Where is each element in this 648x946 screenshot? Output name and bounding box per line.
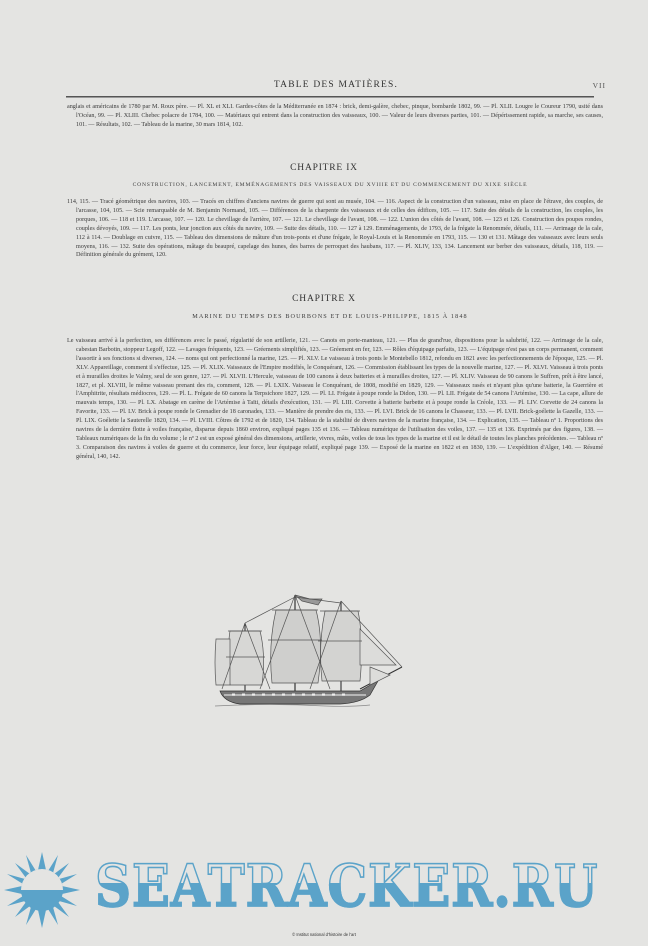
sailing-ship-engraving-icon <box>210 585 410 717</box>
chapter-9-title: CHAPITRE IX <box>0 163 648 173</box>
chapter-9-body: 114, 115. — Tracé géométrique des navire… <box>67 198 603 260</box>
header-rule <box>66 96 594 98</box>
sun-rising-icon <box>2 850 82 930</box>
copyright-credit: © Institut national d'histoire de l'art <box>0 932 648 937</box>
watermark-text: SEATRACKER.RU <box>95 846 598 926</box>
chapter-9-subtitle: Construction, lancement, emménagements d… <box>40 182 620 188</box>
chapter-10-title: CHAPITRE X <box>0 294 648 304</box>
watermark: SEATRACKER.RU <box>0 850 648 930</box>
intro-paragraph: anglais et américains de 1780 par M. Rou… <box>67 103 603 130</box>
running-head: TABLE DES MATIÈRES. VII <box>66 80 606 94</box>
chapter-10-subtitle: Marine du temps des Bourbons et de Louis… <box>40 313 620 320</box>
chapter-10-body: Le vaisseau arrivé à la perfection, ses … <box>67 337 603 462</box>
page-number: VII <box>593 81 606 90</box>
running-title: TABLE DES MATIÈRES. <box>66 80 606 90</box>
scanned-page: TABLE DES MATIÈRES. VII anglais et améri… <box>0 0 648 946</box>
